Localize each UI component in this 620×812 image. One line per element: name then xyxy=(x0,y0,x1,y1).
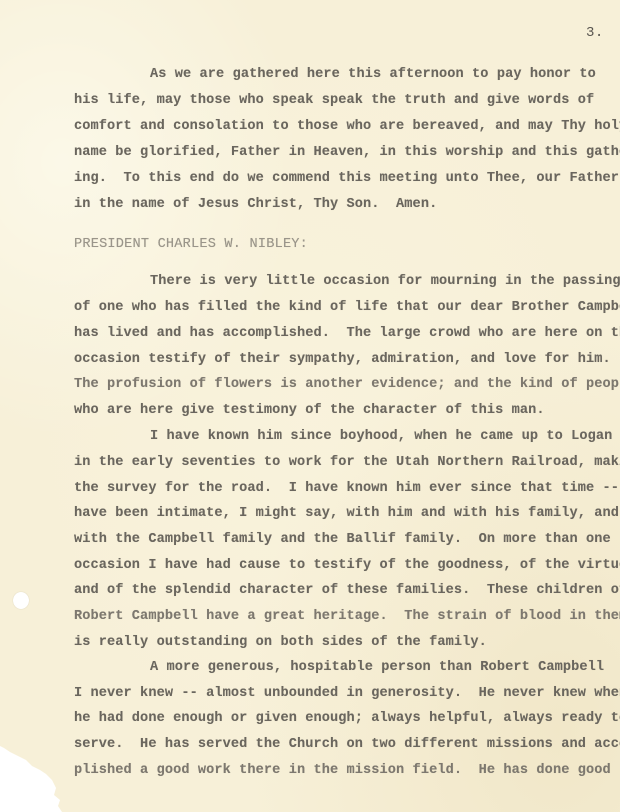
text-line: is really outstanding on both sides of t… xyxy=(74,635,487,651)
text-line: of one who has filled the kind of life t… xyxy=(74,300,620,316)
text-line: I never knew -- almost unbounded in gene… xyxy=(74,686,620,702)
typewritten-page: 3. As we are gathered here this afternoo… xyxy=(0,0,620,812)
text-line: name be glorified, Father in Heaven, in … xyxy=(74,145,620,161)
text-line: As we are gathered here this afternoon t… xyxy=(150,67,596,83)
text-line: in the early seventies to work for the U… xyxy=(74,455,620,471)
text-line: comfort and consolation to those who are… xyxy=(74,119,620,135)
text-line: Robert Campbell have a great heritage. T… xyxy=(74,609,620,625)
text-line: occasion testify of their sympathy, admi… xyxy=(74,352,611,368)
text-line: he had done enough or given enough; alwa… xyxy=(74,711,620,727)
text-line: ing. To this end do we commend this meet… xyxy=(74,171,620,187)
punch-hole xyxy=(13,592,29,609)
text-line: and of the splendid character of these f… xyxy=(74,583,620,599)
text-line: occasion I have had cause to testify of … xyxy=(74,558,620,574)
text-line: The profusion of flowers is another evid… xyxy=(74,377,620,393)
text-line: with the Campbell family and the Ballif … xyxy=(74,532,611,548)
text-line: I have known him since boyhood, when he … xyxy=(150,429,612,445)
text-line: the survey for the road. I have known hi… xyxy=(74,481,619,497)
page-number: 3. xyxy=(586,25,604,41)
text-line: A more generous, hospitable person than … xyxy=(150,660,604,676)
speaker-heading: PRESIDENT CHARLES W. NIBLEY: xyxy=(74,237,308,253)
text-line: serve. He has served the Church on two d… xyxy=(74,737,620,753)
text-line: has lived and has accomplished. The larg… xyxy=(74,326,620,342)
text-line: in the name of Jesus Christ, Thy Son. Am… xyxy=(74,197,437,213)
text-line: his life, may those who speak speak the … xyxy=(74,93,594,109)
text-line: have been intimate, I might say, with hi… xyxy=(74,506,619,522)
text-line: who are here give testimony of the chara… xyxy=(74,403,545,419)
text-line: There is very little occasion for mourni… xyxy=(150,274,620,290)
text-line: plished a good work there in the mission… xyxy=(74,763,611,779)
